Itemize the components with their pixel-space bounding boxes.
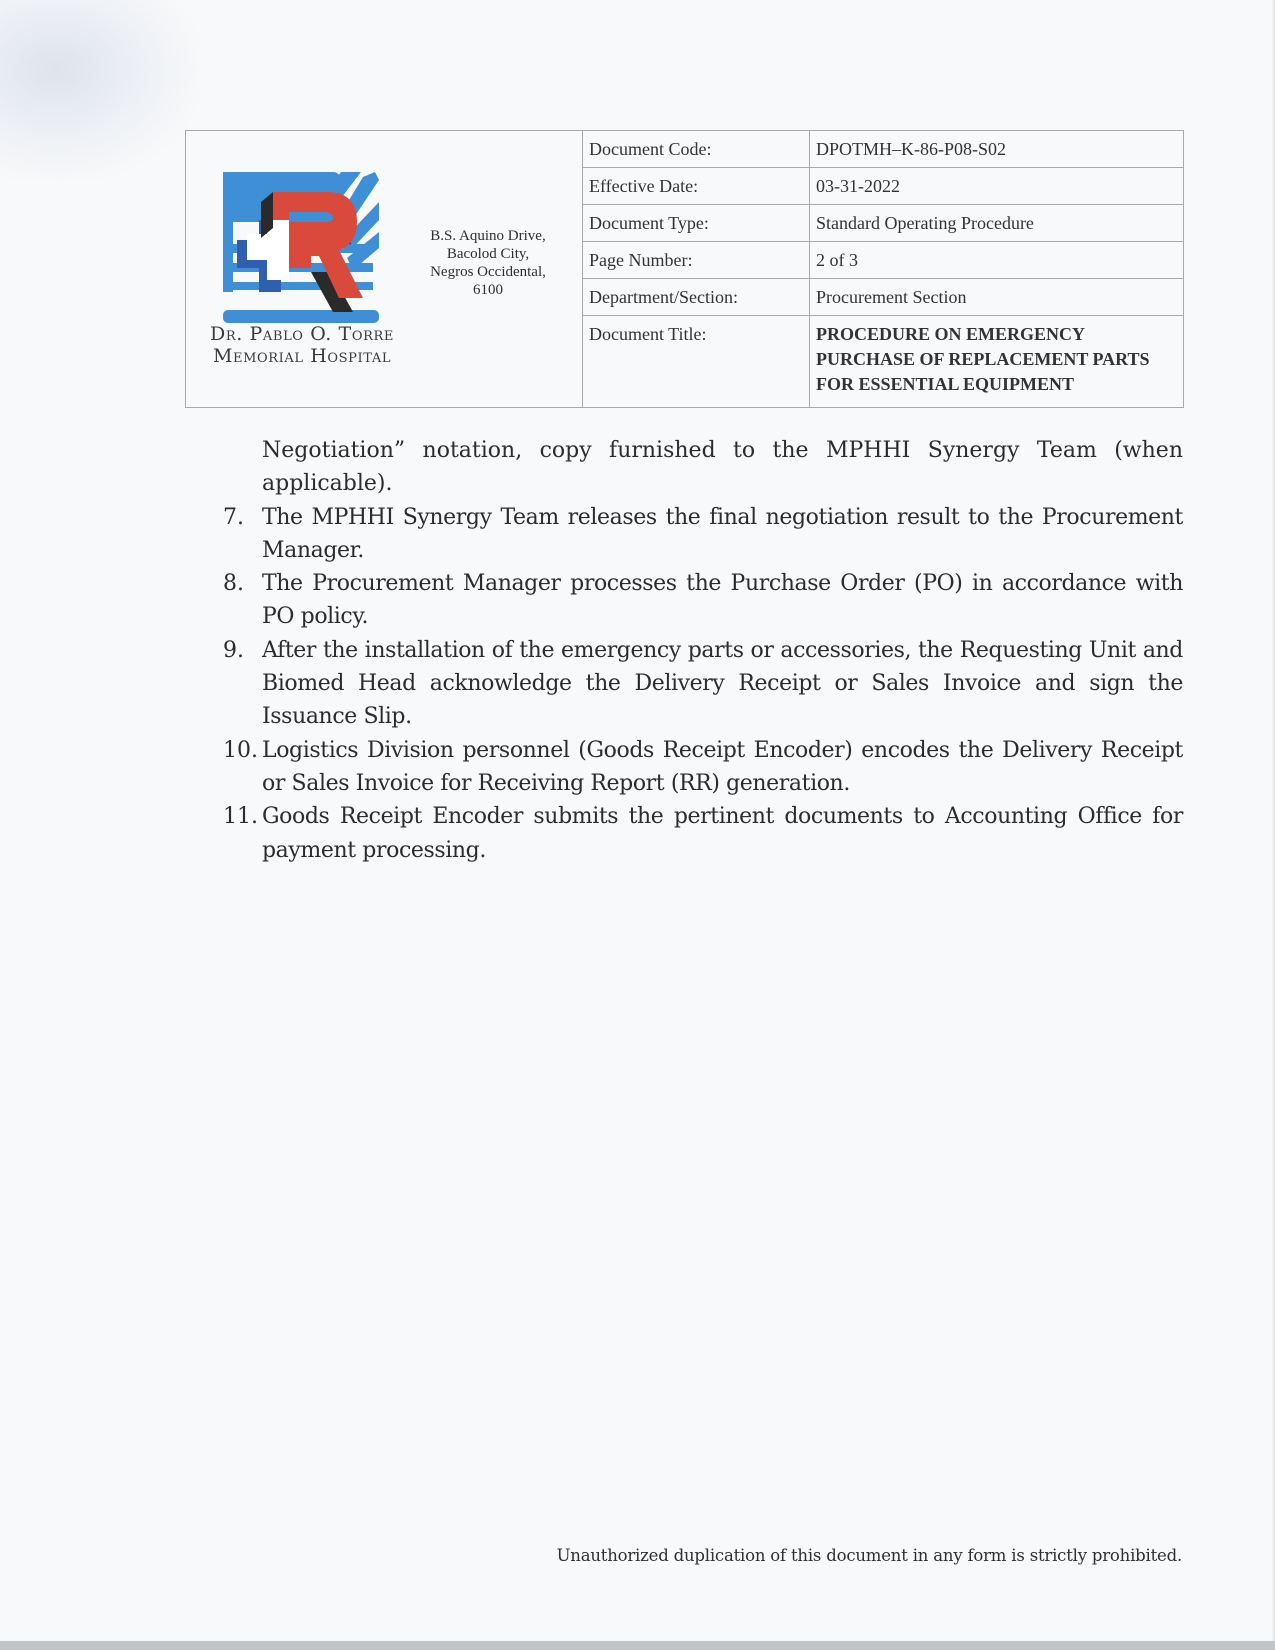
list-item-text: Logistics Division personnel (Goods Rece… bbox=[262, 738, 1183, 796]
page-number-label: Page Number: bbox=[583, 242, 810, 279]
logo-cell: Dr. Pablo O. Torre Memorial Hospital B.S… bbox=[186, 131, 583, 408]
list-item-text: Goods Receipt Encoder submits the pertin… bbox=[262, 804, 1183, 862]
document-type-label: Document Type: bbox=[583, 205, 810, 242]
department-section-value: Procurement Section bbox=[810, 279, 1184, 316]
department-section-label: Department/Section: bbox=[583, 279, 810, 316]
list-item: 9. After the installation of the emergen… bbox=[223, 634, 1183, 734]
hospital-address: B.S. Aquino Drive, Bacolod City, Negros … bbox=[408, 227, 568, 299]
list-item-number: 11. bbox=[223, 800, 262, 833]
list-item: 8. The Procurement Manager processes the… bbox=[223, 567, 1183, 634]
list-item-number: 7. bbox=[223, 501, 262, 534]
list-item-text: The MPHHI Synergy Team releases the fina… bbox=[262, 505, 1183, 563]
confidentiality-notice: Unauthorized duplication of this documen… bbox=[540, 1546, 1182, 1565]
list-item-number: 8. bbox=[223, 567, 262, 600]
procedure-steps: Negotiation” notation, copy furnished to… bbox=[223, 434, 1183, 867]
list-item: 11. Goods Receipt Encoder submits the pe… bbox=[223, 800, 1183, 867]
hospital-name: Dr. Pablo O. Torre Memorial Hospital bbox=[196, 323, 408, 367]
list-item-text: After the installation of the emergency … bbox=[262, 638, 1183, 730]
list-item-text: The Procurement Manager processes the Pu… bbox=[262, 571, 1183, 629]
list-item: 10. Logistics Division personnel (Goods … bbox=[223, 734, 1183, 801]
document-code-label: Document Code: bbox=[583, 131, 810, 168]
list-item-number: 10. bbox=[223, 734, 262, 767]
page-number-value: 2 of 3 bbox=[810, 242, 1184, 279]
document-code-value: DPOTMH–K-86-P08-S02 bbox=[810, 131, 1184, 168]
scanner-bottom-strip bbox=[0, 1641, 1275, 1650]
effective-date-value: 03-31-2022 bbox=[810, 168, 1184, 205]
list-item: 7. The MPHHI Synergy Team releases the f… bbox=[223, 501, 1183, 568]
scan-artifact bbox=[0, 0, 200, 180]
document-title-value: PROCEDURE ON EMERGENCY PURCHASE OF REPLA… bbox=[810, 316, 1184, 408]
effective-date-label: Effective Date: bbox=[583, 168, 810, 205]
list-item-continuation: Negotiation” notation, copy furnished to… bbox=[223, 434, 1183, 501]
list-item-number: 9. bbox=[223, 634, 262, 667]
hospital-logo-cross-r-icon bbox=[223, 172, 379, 323]
document-title-label: Document Title: bbox=[583, 316, 810, 408]
document-header-table: Dr. Pablo O. Torre Memorial Hospital B.S… bbox=[185, 130, 1184, 408]
document-type-value: Standard Operating Procedure bbox=[810, 205, 1184, 242]
